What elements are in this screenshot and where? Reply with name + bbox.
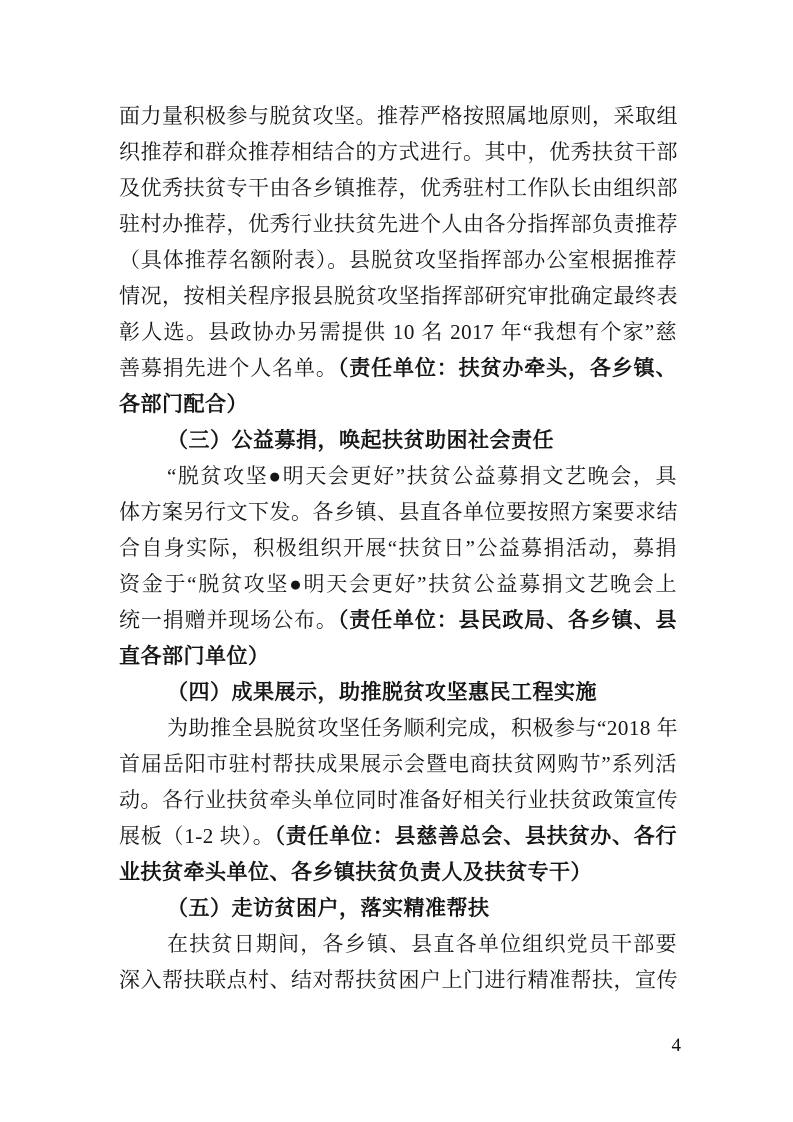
document-body: 面力量积极参与脱贫攻坚。推荐严格按照属地原则，采取组织推荐和群众推荐相结合的方式… — [119, 98, 677, 998]
text-segment: 资金于“脱贫攻坚●明天会更好”扶贫公益募捐文艺晚会上 — [119, 572, 677, 596]
section-heading-four: （四）成果展示，助推脱贫攻坚惠民工程实施 — [119, 674, 677, 710]
body-text-line: 及优秀扶贫专干由各乡镇推荐，优秀驻村工作队长由组织部 — [119, 170, 677, 206]
body-text-line: 情况，按相关程序报县脱贫攻坚指挥部研究审批确定最终表 — [119, 278, 677, 314]
body-text-line: 动。各行业扶贫牵头单位同时准备好相关行业扶贫政策宣传 — [119, 782, 677, 818]
section-heading-five: （五）走访贫困户，落实精准帮扶 — [119, 890, 677, 926]
text-segment: 织推荐和群众推荐相结合的方式进行。其中，优秀扶贫干部 — [119, 140, 678, 164]
text-segment: 展板（1-2 块）。 — [119, 824, 275, 848]
text-segment: 情况，按相关程序报县脱贫攻坚指挥部研究审批确定最终表 — [119, 284, 678, 308]
text-segment: 合自身实际，积极组织开展“扶贫日”公益募捐活动，募捐 — [119, 536, 677, 560]
page-number: 4 — [672, 1035, 682, 1057]
document-page: 面力量积极参与脱贫攻坚。推荐严格按照属地原则，采取组织推荐和群众推荐相结合的方式… — [0, 0, 793, 1122]
text-segment: 首届岳阳市驻村帮扶成果展示会暨电商扶贫网购节”系列活 — [119, 752, 677, 776]
body-text-line: 在扶贫日期间，各乡镇、县直各单位组织党员干部要 — [119, 926, 677, 962]
bold-text-segment: （责任单位：扶贫办牵头，各乡镇、 — [338, 356, 677, 380]
responsibility-note-line: 业扶贫牵头单位、各乡镇扶贫负责人及扶贫专干） — [119, 854, 677, 890]
section-heading-three: （三）公益募捐，唤起扶贫助困社会责任 — [119, 422, 677, 458]
text-segment: 体方案另行文下发。各乡镇、县直各单位要按照方案要求结 — [119, 500, 678, 524]
bold-text-segment: （四）成果展示，助推脱贫攻坚惠民工程实施 — [167, 680, 597, 704]
text-segment: 在扶贫日期间，各乡镇、县直各单位组织党员干部要 — [167, 932, 677, 956]
body-text-line: 善募捐先进个人名单。（责任单位：扶贫办牵头，各乡镇、 — [119, 350, 677, 386]
body-text-line: 资金于“脱贫攻坚●明天会更好”扶贫公益募捐文艺晚会上 — [119, 566, 677, 602]
body-text-line: （具体推荐名额附表）。县脱贫攻坚指挥部办公室根据推荐 — [119, 242, 677, 278]
body-text-line: 深入帮扶联点村、结对帮扶贫困户上门进行精准帮扶，宣传 — [119, 962, 677, 998]
text-segment: 善募捐先进个人名单。 — [119, 356, 338, 380]
text-segment: 深入帮扶联点村、结对帮扶贫困户上门进行精准帮扶，宣传 — [119, 968, 678, 992]
body-text-line: 体方案另行文下发。各乡镇、县直各单位要按照方案要求结 — [119, 494, 677, 530]
body-text-line: “脱贫攻坚●明天会更好”扶贫公益募捐文艺晚会，具 — [119, 458, 677, 494]
bold-text-segment: （三）公益募捐，唤起扶贫助困社会责任 — [167, 428, 554, 452]
bold-text-segment: （责任单位：县慈善总会、县扶贫办、各行 — [275, 824, 678, 848]
text-segment: 彰人选。县政协办另需提供 10 名 2017 年“我想有个家”慈 — [119, 320, 677, 344]
bold-text-segment: （责任单位：县民政局、各乡镇、县 — [338, 608, 677, 632]
bold-text-segment: 直各部门单位） — [119, 644, 270, 668]
body-text-line: 面力量积极参与脱贫攻坚。推荐严格按照属地原则，采取组 — [119, 98, 677, 134]
body-text-line: 展板（1-2 块）。（责任单位：县慈善总会、县扶贫办、各行 — [119, 818, 677, 854]
responsibility-note-line: 各部门配合） — [119, 386, 677, 422]
text-segment: 为助推全县脱贫攻坚任务顺利完成，积极参与“2018 年 — [167, 716, 678, 740]
text-segment: 统一捐赠并现场公布。 — [119, 608, 338, 632]
body-text-line: 织推荐和群众推荐相结合的方式进行。其中，优秀扶贫干部 — [119, 134, 677, 170]
body-text-line: 统一捐赠并现场公布。（责任单位：县民政局、各乡镇、县 — [119, 602, 677, 638]
body-text-line: 首届岳阳市驻村帮扶成果展示会暨电商扶贫网购节”系列活 — [119, 746, 677, 782]
bold-text-segment: （五）走访贫困户，落实精准帮扶 — [167, 896, 490, 920]
bold-text-segment: 业扶贫牵头单位、各乡镇扶贫负责人及扶贫专干） — [119, 860, 592, 884]
text-segment: “脱贫攻坚●明天会更好”扶贫公益募捐文艺晚会，具 — [167, 464, 677, 488]
body-text-line: 彰人选。县政协办另需提供 10 名 2017 年“我想有个家”慈 — [119, 314, 677, 350]
body-text-line: 驻村办推荐，优秀行业扶贫先进个人由各分指挥部负责推荐 — [119, 206, 677, 242]
bold-text-segment: 各部门配合） — [119, 392, 248, 416]
text-segment: 动。各行业扶贫牵头单位同时准备好相关行业扶贫政策宣传 — [119, 788, 678, 812]
responsibility-note-line: 直各部门单位） — [119, 638, 677, 674]
text-segment: 及优秀扶贫专干由各乡镇推荐，优秀驻村工作队长由组织部 — [119, 176, 678, 200]
body-text-line: 合自身实际，积极组织开展“扶贫日”公益募捐活动，募捐 — [119, 530, 677, 566]
body-text-line: 为助推全县脱贫攻坚任务顺利完成，积极参与“2018 年 — [119, 710, 677, 746]
text-segment: 面力量积极参与脱贫攻坚。推荐严格按照属地原则，采取组 — [119, 104, 678, 128]
text-segment: （具体推荐名额附表）。县脱贫攻坚指挥部办公室根据推荐 — [119, 248, 677, 272]
text-segment: 驻村办推荐，优秀行业扶贫先进个人由各分指挥部负责推荐 — [119, 212, 678, 236]
